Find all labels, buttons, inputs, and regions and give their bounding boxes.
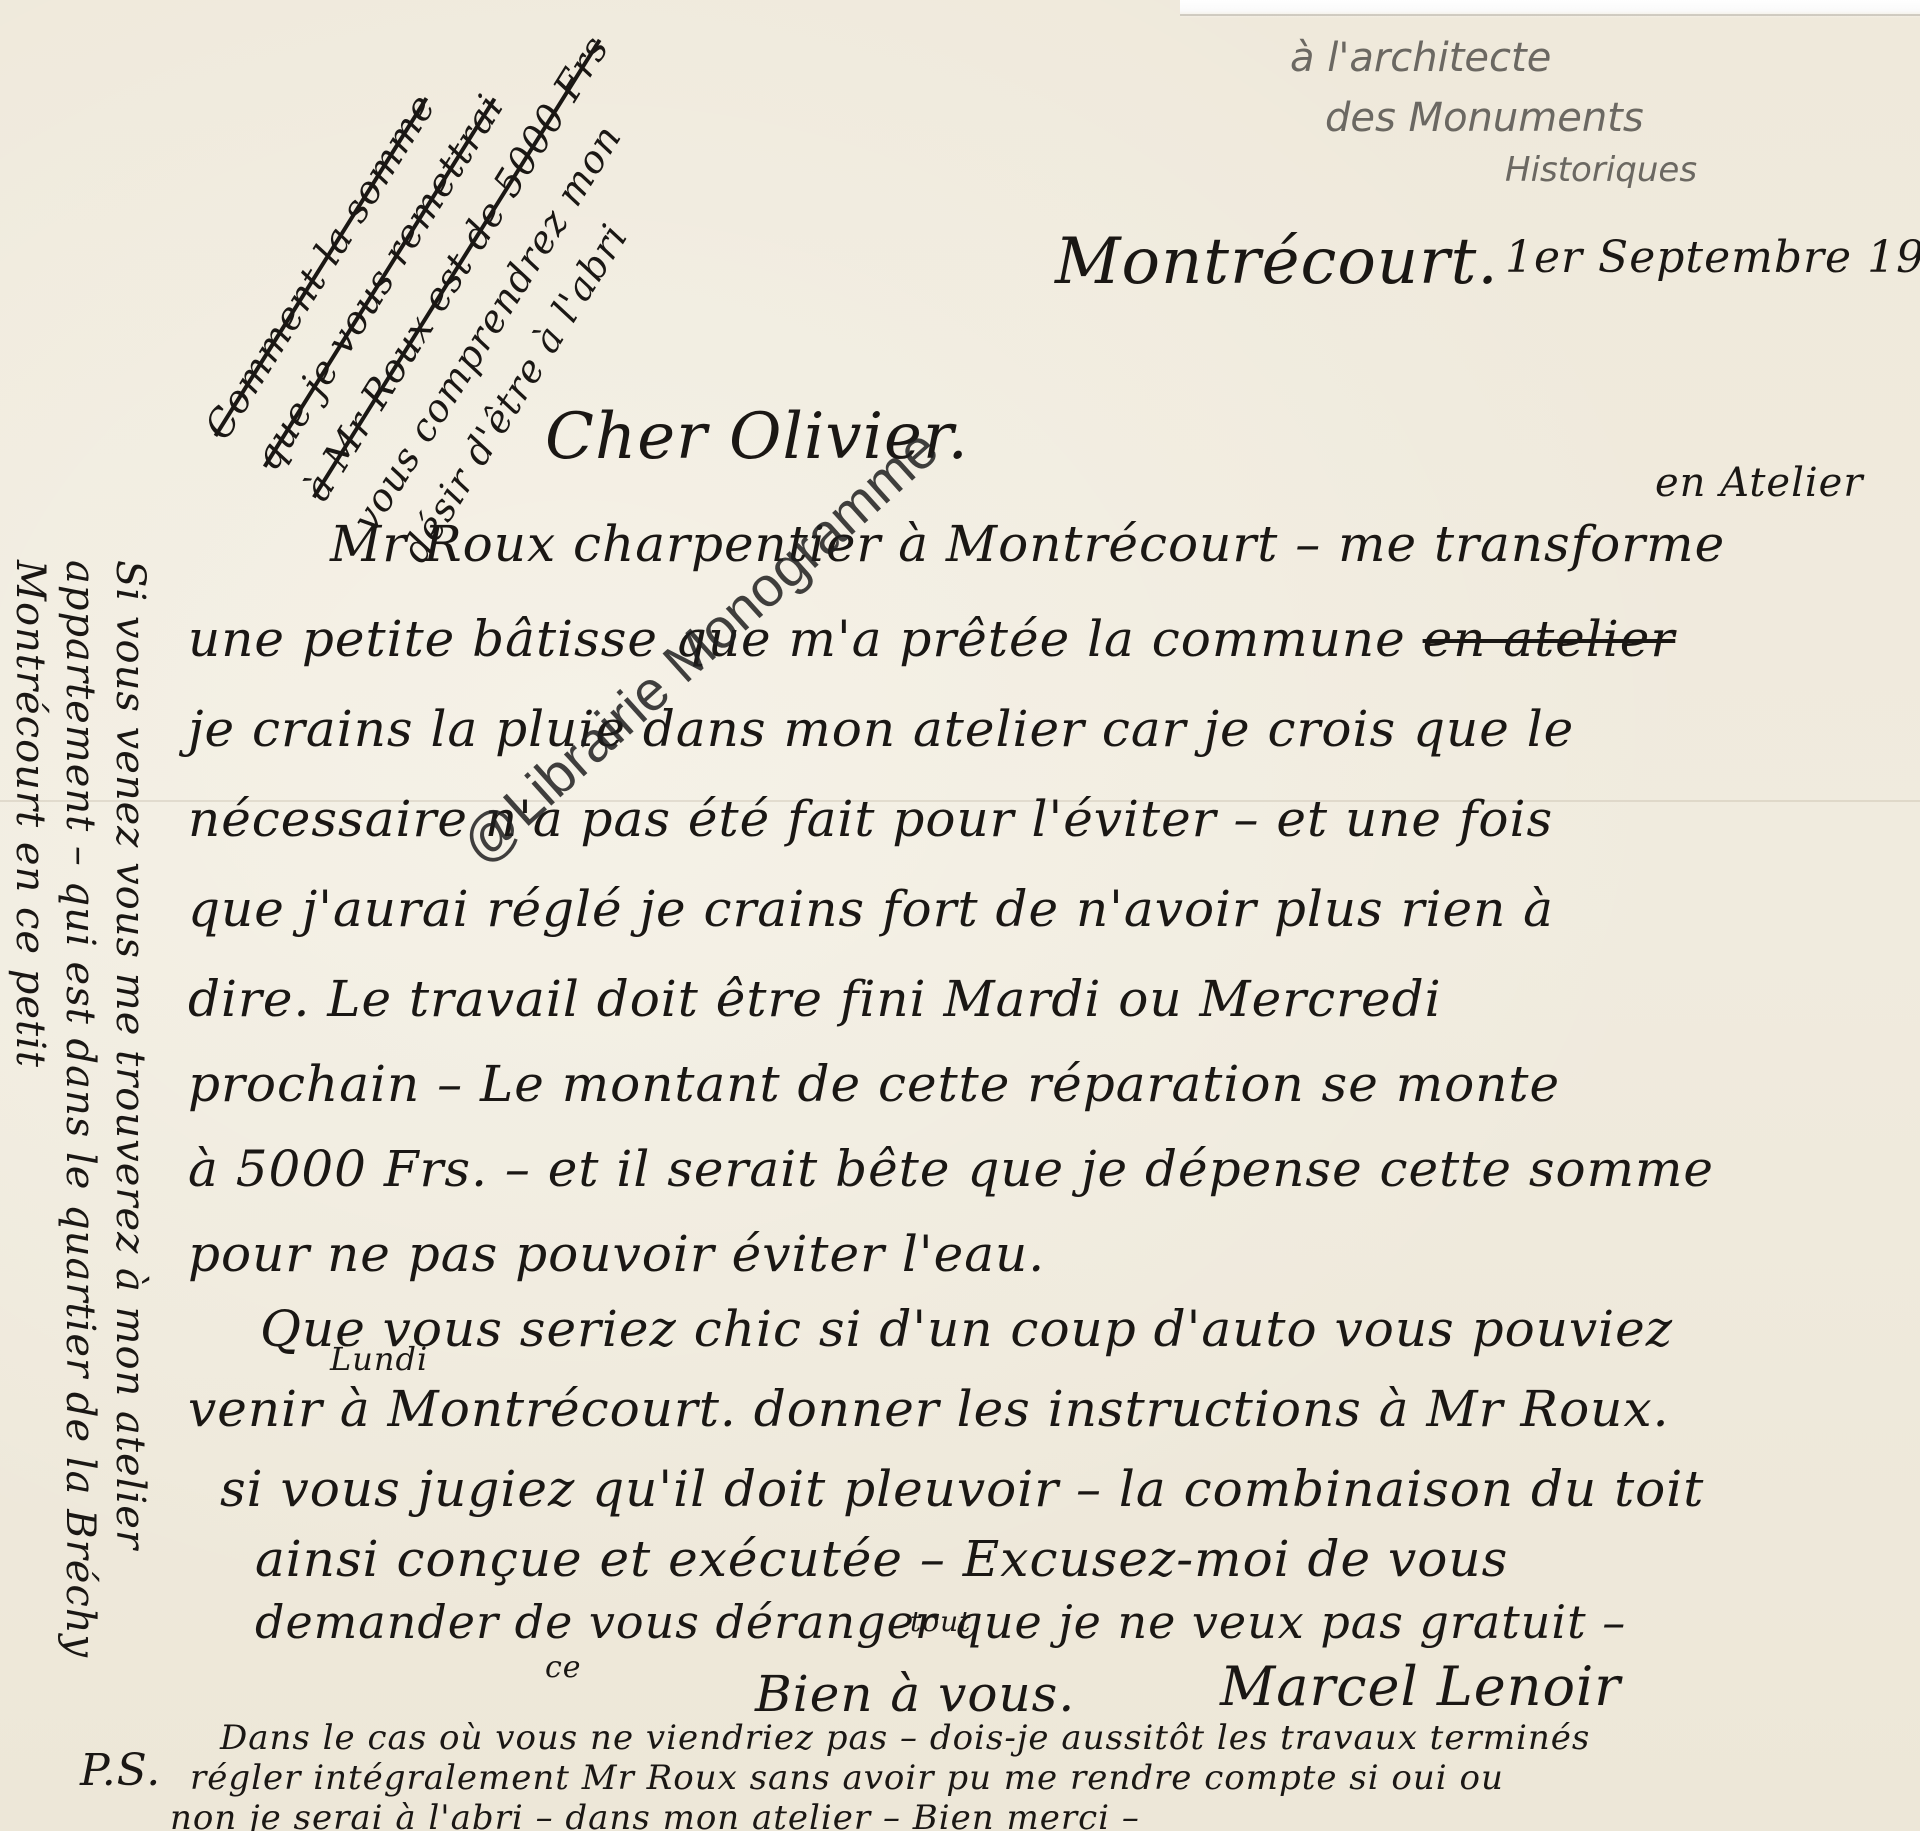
body-line: je crains la pluie dans mon atelier car …	[188, 700, 1574, 758]
ps-line: régler intégralement Mr Roux sans avoir …	[190, 1758, 1504, 1798]
torn-paper-edge	[1180, 0, 1920, 18]
closing-insert: tout	[910, 1605, 971, 1638]
ps-line: Dans le cas où vous ne viendriez pas – d…	[220, 1718, 1590, 1758]
struck-word: en atelier	[1423, 610, 1676, 668]
body-line: Que vous seriez chic si d'un coup d'auto…	[260, 1300, 1673, 1358]
signature: Marcel Lenoir	[1220, 1655, 1621, 1718]
body-line: si vous jugiez qu'il doit pleuvoir – la …	[220, 1460, 1704, 1518]
body-line: venir à Montrécourt. donner les instruct…	[188, 1380, 1669, 1438]
body-line: Mr Roux charpentier à Montrécourt – me t…	[330, 515, 1725, 573]
ps-label: P.S.	[80, 1745, 161, 1796]
body-line: dire. Le travail doit être fini Mardi ou…	[188, 970, 1442, 1028]
closing: Bien à vous.	[755, 1665, 1075, 1723]
margin-note-line: Si vous venez vous me trouverez à mon at…	[105, 560, 155, 1658]
margin-note-line: Montrécourt en ce petit	[5, 560, 55, 1658]
body-line: nécessaire n'a pas été fait pour l'évite…	[188, 790, 1553, 848]
body-line: à 5000 Frs. – et il serait bête que je d…	[188, 1140, 1714, 1198]
body-line-text: une petite bâtisse que m'a prêtée la com…	[188, 610, 1406, 668]
body-line: une petite bâtisse que m'a prêtée la com…	[188, 610, 1675, 668]
pencil-annotation-line-3: Historiques	[1505, 150, 1697, 190]
body-line: ainsi conçue et exécutée – Excusez-moi d…	[255, 1530, 1508, 1588]
pencil-annotation-line-2: des Monuments	[1325, 95, 1644, 141]
body-line: pour ne pas pouvoir éviter l'eau.	[188, 1225, 1045, 1283]
body-line: que j'aurai réglé je crains fort de n'av…	[188, 880, 1554, 938]
letter-place: Montrécourt.	[1055, 225, 1499, 299]
insert-below-ce: ce	[545, 1650, 582, 1685]
pencil-annotation-line-1: à l'architecte	[1290, 35, 1551, 81]
margin-note-line: appartement – qui est dans le quartier d…	[55, 560, 105, 1658]
insert-above-line-1: en Atelier	[1655, 460, 1863, 506]
insert-above-lundi: Lundi	[330, 1340, 428, 1378]
letter-date: 1er Septembre 1928	[1505, 232, 1920, 283]
ps-line: non je serai à l'abri – dans mon atelier…	[170, 1798, 1140, 1831]
vertical-margin-note: Si vous venez vous me trouverez à mon at…	[5, 560, 155, 1658]
body-line: prochain – Le montant de cette réparatio…	[188, 1055, 1560, 1113]
